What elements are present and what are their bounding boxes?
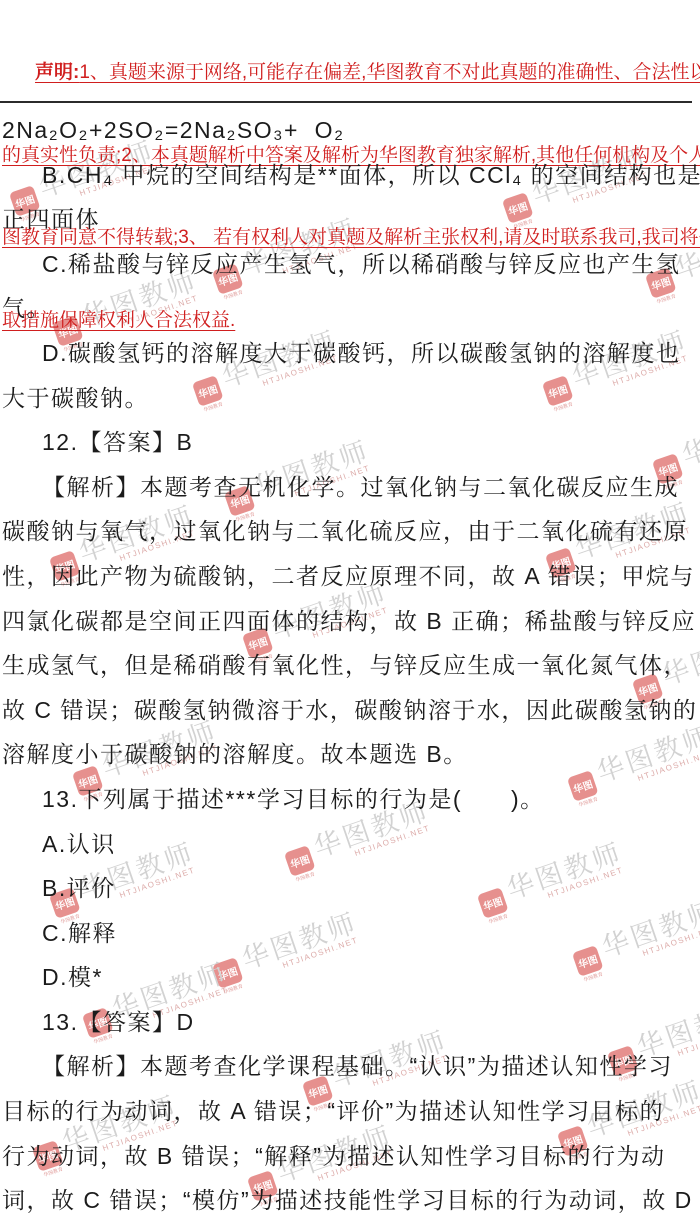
text-line: 13.下列属于描述***学习目标的行为是( )。 — [2, 777, 698, 822]
text-line: 【解析】本题考查化学课程基础。“认识”为描述认知性学习 — [2, 1044, 698, 1089]
text-line: A.认识 — [2, 822, 698, 867]
text-line: 12.【答案】B — [2, 420, 698, 465]
disclaimer-text: 1、真题来源于网络,可能存在偏差,华图教育不对此真题的准确性、合法性以及内容 — [79, 62, 700, 83]
text-line: 四氯化碳都是空间正四面体的结构，故 B 正确；稀盐酸与锌反应 — [2, 599, 698, 644]
text-line: 目标的行为动词，故 A 错误；“评价”为描述认知性学习目标的 — [2, 1089, 698, 1134]
disclaimer-line: 声明:1、真题来源于网络,可能存在偏差,华图教育不对此真题的准确性、合法性以及内… — [2, 59, 698, 87]
document-body: 2Na₂O₂+2SO₂=2Na₂SO₃+ O₂B.CH₄ 甲烷的空间结构是**面… — [2, 108, 698, 1218]
text-line: 正四面体 — [2, 197, 698, 242]
disclaimer-label: 声明: — [35, 62, 79, 83]
text-line: C.解释 — [2, 911, 698, 956]
text-line: 2Na₂O₂+2SO₂=2Na₂SO₃+ O₂ — [2, 108, 698, 153]
text-line: 故 C 错误；碳酸氢钠微溶于水，碳酸钠溶于水，因此碳酸氢钠的 — [2, 688, 698, 733]
text-line: C.稀盐酸与锌反应产生氢气，所以稀硝酸与锌反应也产生氢 — [2, 242, 698, 287]
text-line: 碳酸钠与氧气，过氧化钠与二氧化硫反应，由于二氧化硫有还原 — [2, 509, 698, 554]
text-line: 【解析】本题考查无机化学。过氧化钠与二氧化碳反应生成 — [2, 465, 698, 510]
text-line: 性，因此产物为硫酸钠，二者反应原理不同，故 A 错误；甲烷与 — [2, 554, 698, 599]
text-line: D.模* — [2, 955, 698, 1000]
separator-line — [0, 101, 692, 103]
text-line: 行为动词，故 B 错误；“解释”为描述认知性学习目标的行为动 — [2, 1134, 698, 1179]
text-line: 大于碳酸钠。 — [2, 376, 698, 421]
text-line: 溶解度小于碳酸钠的溶解度。故本题选 B。 — [2, 732, 698, 777]
text-line: B.评价 — [2, 866, 698, 911]
text-line: 词，故 C 错误；“模仿”为描述技能性学习目标的行为动词，故 D — [2, 1178, 698, 1218]
text-line: 生成氢气，但是稀硝酸有氧化性，与锌反应生成一氧化氮气体， — [2, 643, 698, 688]
text-line: B.CH₄ 甲烷的空间结构是**面体，所以 CCl₄ 的空间结构也是 — [2, 153, 698, 198]
text-line: 气。 — [2, 286, 698, 331]
text-line: 13.【答案】D — [2, 1000, 698, 1045]
text-line: D.碳酸氢钙的溶解度大于碳酸钙，所以碳酸氢钠的溶解度也 — [2, 331, 698, 376]
document-page: 华图华图教育华图教师HTJIAOSHI.NET华图华图教育华图教师HTJIAOS… — [0, 0, 700, 1218]
